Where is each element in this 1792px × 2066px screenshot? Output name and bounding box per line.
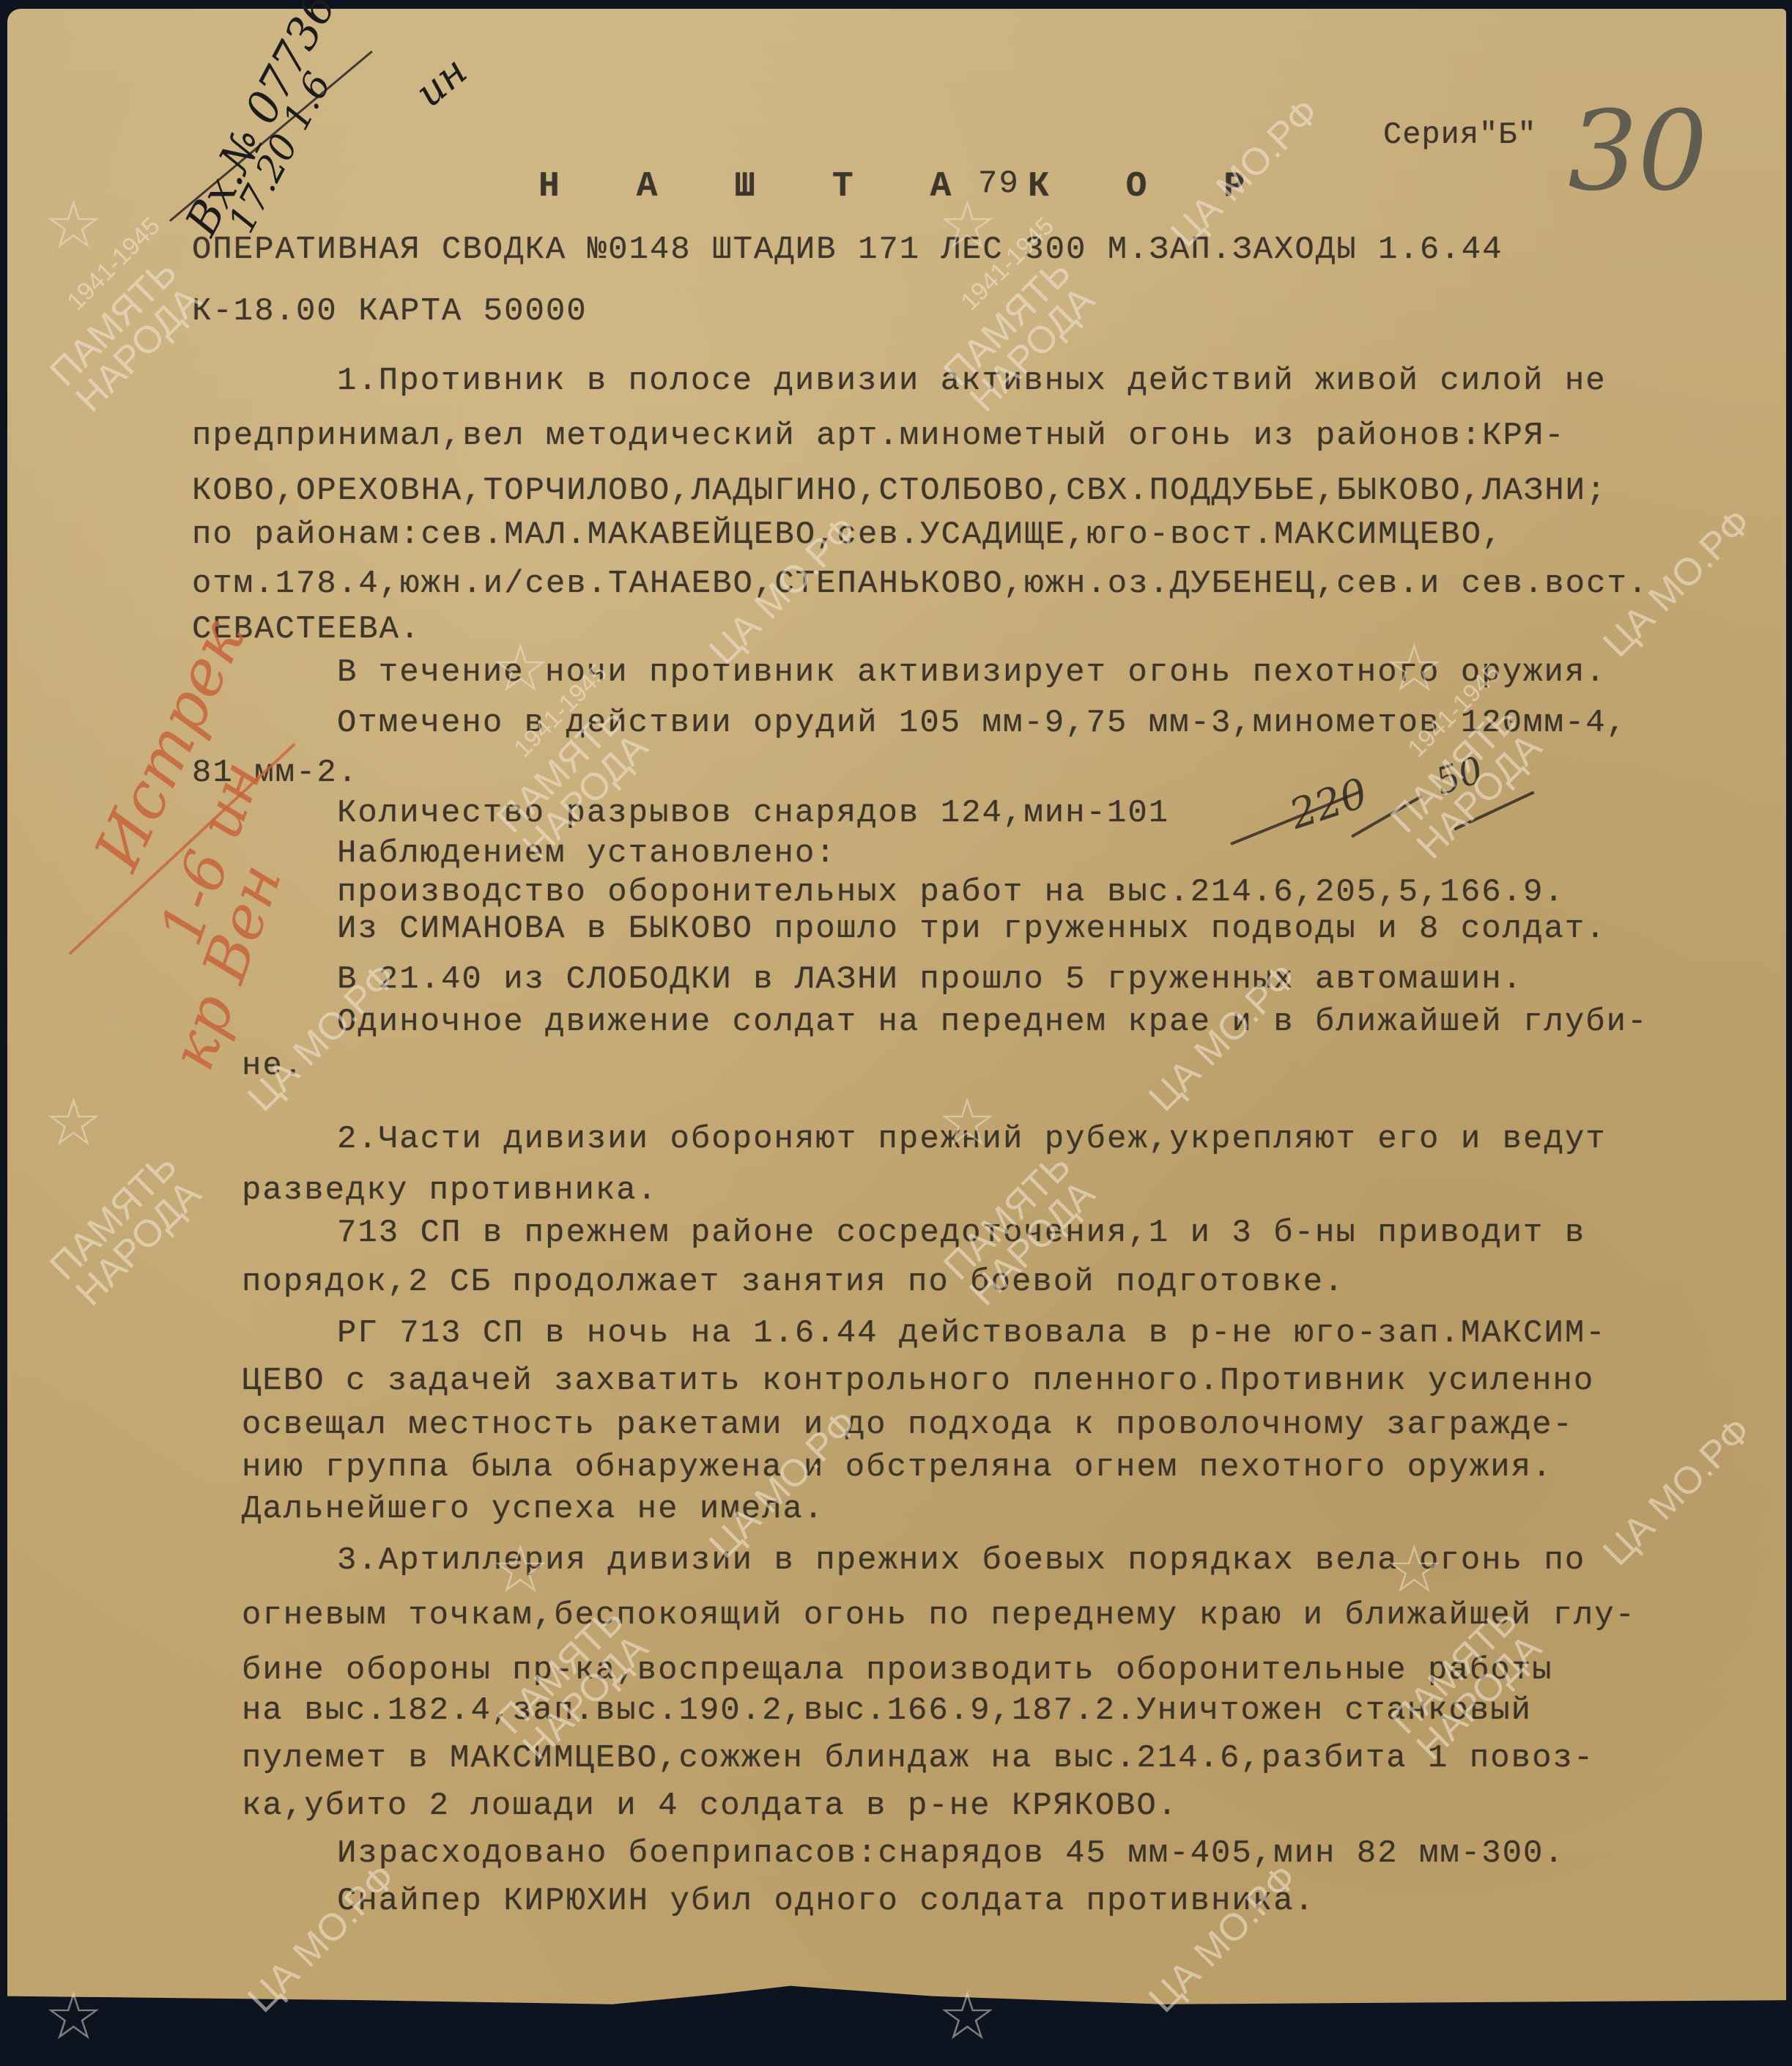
star-icon: ☆ (44, 187, 103, 264)
star-icon: ☆ (938, 1084, 997, 1161)
body-line: порядок,2 СБ продолжает занятия по боево… (242, 1264, 1344, 1300)
series-label: Серия"Б" (1383, 117, 1537, 152)
body-line: Отмечено в действии орудий 105 мм-9,75 м… (337, 705, 1627, 741)
header-title: Н А Ш Т А К О Р (538, 167, 1273, 207)
body-line: разведку противника. (242, 1172, 658, 1209)
body-line: 713 СП в прежнем районе сосредоточения,1… (337, 1215, 1585, 1251)
body-line: Израсходовано боеприпасов:снарядов 45 мм… (337, 1835, 1565, 1872)
body-line: отм.178.4,южн.и/сев.ТАНАЕВО,СТЕПАНЬКОВО,… (192, 566, 1648, 602)
star-icon: ☆ (44, 1978, 103, 2055)
body-line: В 21.40 из СЛОБОДКИ в ЛАЗНИ прошло 5 гру… (337, 961, 1523, 998)
star-icon: ☆ (491, 1531, 550, 1608)
body-line: освещал местность ракетами и до подхода … (242, 1407, 1574, 1443)
body-line: Из СИМАНОВА в БЫКОВО прошло три груженны… (337, 911, 1607, 947)
body-line: Дальнейшего успеха не имела. (242, 1491, 824, 1528)
body-line: Наблюдением установлено: (337, 835, 837, 872)
star-icon: ☆ (1385, 1531, 1444, 1608)
body-line: Количество разрывов снарядов 124,мин-101 (337, 795, 1169, 832)
page-number-handwritten: 30 (1568, 88, 1708, 215)
body-line: Снайпер КИРЮХИН убил одного солдата прот… (337, 1883, 1315, 1919)
body-line: производство оборонительных работ на выс… (337, 874, 1565, 911)
body-line: по районам:сев.МАЛ.МАКАВЕЙЦЕВО,сев.УСАДИ… (192, 516, 1503, 553)
body-line: 1.Противник в полосе дивизии активных де… (337, 363, 1607, 399)
star-icon: ☆ (1385, 630, 1444, 707)
summary-title: ОПЕРАТИВНАЯ СВОДКА №0148 ШТАДИВ 171 ЛЕС … (192, 232, 1503, 268)
body-line: ЦЕВО с задачей захватить контрольного пл… (242, 1363, 1594, 1399)
body-line: предпринимал,вел методический арт.миноме… (192, 418, 1566, 454)
body-line: ка,убито 2 лошади и 4 солдата в р-не КРЯ… (242, 1788, 1178, 1824)
body-line: Одиночное движение солдат на переднем кр… (337, 1004, 1648, 1040)
body-line: КОВО,ОРЕХОВНА,ТОРЧИЛОВО,ЛАДЫГИНО,СТОЛБОВ… (192, 473, 1607, 509)
summary-subtitle: К-18.00 КАРТА 50000 (192, 293, 588, 330)
body-line: бине обороны пр-ка,воспрещала производит… (242, 1652, 1552, 1689)
body-line: нию группа была обнаружена и обстреляна … (242, 1449, 1552, 1486)
body-line: на выс.182.4,зап.выс.190.2,выс.166.9,187… (242, 1692, 1532, 1729)
star-icon: ☆ (938, 1978, 997, 2055)
star-icon: ☆ (44, 1084, 103, 1161)
star-icon: ☆ (938, 187, 997, 264)
body-line: РГ 713 СП в ночь на 1.6.44 действовала в… (337, 1315, 1607, 1352)
body-line: пулемет в МАКСИМЦЕВО,сожжен блиндаж на в… (242, 1740, 1594, 1777)
star-icon: ☆ (491, 630, 550, 707)
body-line: не. (242, 1048, 304, 1084)
